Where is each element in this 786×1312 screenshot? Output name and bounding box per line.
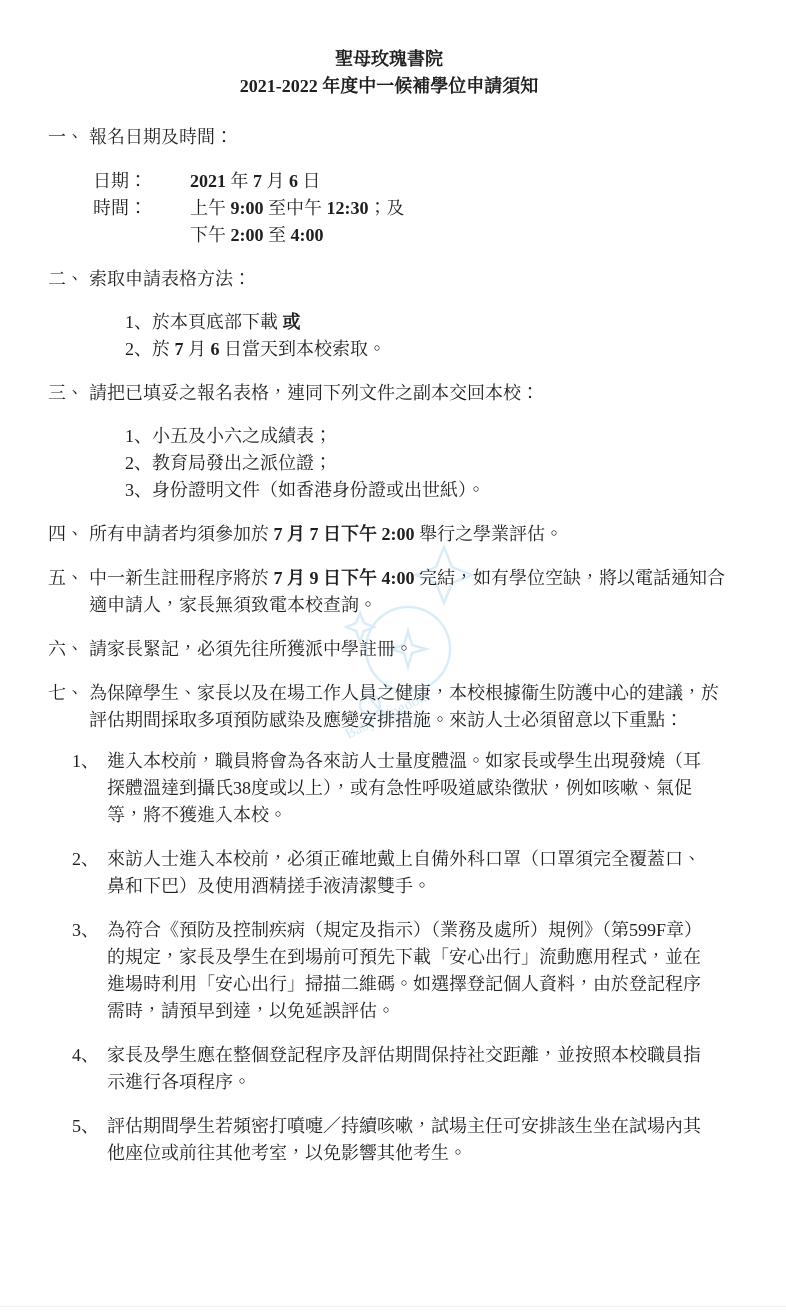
school-name: 聖母玫瑰書院 [48, 46, 730, 73]
form-collection-list: 1、 於本頁底部下載 或 2、 於 7 月 6 日當天到本校索取。 [125, 309, 730, 363]
notice-title: 2021-2022 年度中一候補學位申請須知 [48, 73, 730, 100]
list-item: 1、 進入本校前，職員將會為各來訪人士量度體溫。如家長或學生出現發燒（耳探體溫達… [72, 748, 730, 829]
item-text: 身份證明文件（如香港身份證或出世紙）。 [152, 480, 485, 500]
item-text: 於本頁底部下載 或 [152, 312, 301, 332]
precaution-list: 1、 進入本校前，職員將會為各來訪人士量度體溫。如家長或學生出現發燒（耳探體溫達… [72, 748, 730, 1167]
item-text: 來訪人士進入本校前，必須正確地戴上自備外科口罩（口罩須完全覆蓋口、鼻和下巴）及使… [107, 849, 701, 896]
notice-document: Baby Kingdom 聖母玫瑰書院 2021-2022 年度中一候補學位申請… [0, 0, 786, 1312]
item-number: 3、 [125, 477, 152, 504]
section-heading: 請把已填妥之報名表格，連同下列文件之副本交回本校： [89, 380, 730, 407]
list-item: 1、 小五及小六之成績表； [125, 423, 730, 450]
item-text: 教育局發出之派位證； [152, 453, 332, 473]
item-number: 1、 [125, 309, 152, 336]
section-number: 七、 [48, 680, 84, 707]
section-health-measures: 七、 為保障學生、家長以及在場工作人員之健康，本校根據衞生防護中心的建議，於評估… [48, 680, 730, 1167]
documents-list: 1、 小五及小六之成績表； 2、 教育局發出之派位證； 3、 身份證明文件（如香… [125, 423, 730, 504]
date-label: 日期： [93, 168, 190, 195]
schedule-row: 日期： 2021 年 7 月 6 日 [93, 168, 730, 195]
item-text: 家長及學生應在整個登記程序及評估期間保持社交距離，並按照本校職員指示進行各項程序… [107, 1045, 701, 1092]
list-item: 3、 身份證明文件（如香港身份證或出世紙）。 [125, 477, 730, 504]
section-registration-deadline: 五、 中一新生註冊程序將於 7 月 9 日下午 4:00 完結，如有學位空缺，將… [48, 565, 730, 619]
item-text: 於 7 月 6 日當天到本校索取。 [152, 339, 386, 359]
section-text: 所有申請者均須參加於 7 月 7 日下午 2:00 舉行之學業評估。 [89, 521, 730, 548]
schedule-row: 下午 2:00 至 4:00 [93, 222, 730, 249]
section-assessment: 四、 所有申請者均須參加於 7 月 7 日下午 2:00 舉行之學業評估。 [48, 521, 730, 548]
item-number: 1、 [72, 748, 99, 775]
section-number: 三、 [48, 380, 84, 407]
section-text: 請家長緊記，必須先往所獲派中學註冊。 [89, 636, 730, 663]
section-form-collection: 二、 索取申請表格方法： 1、 於本頁底部下載 或 2、 於 7 月 6 日當天… [48, 266, 730, 363]
section-number: 六、 [48, 636, 84, 663]
section-heading: 報名日期及時間： [89, 124, 730, 151]
section-number: 四、 [48, 521, 84, 548]
item-number: 4、 [72, 1042, 99, 1069]
item-text: 評估期間學生若頻密打噴嚏／持續咳嗽，試場主任可安排該生坐在試場內其他座位或前往其… [107, 1116, 701, 1163]
list-item: 2、 來訪人士進入本校前，必須正確地戴上自備外科口罩（口罩須完全覆蓋口、鼻和下巴… [72, 846, 730, 900]
section-required-documents: 三、 請把已填妥之報名表格，連同下列文件之副本交回本校： 1、 小五及小六之成績… [48, 380, 730, 504]
list-item: 3、 為符合《預防及控制疾病（規定及指示）（業務及處所）規例》（第599F章）的… [72, 917, 730, 1025]
time-label: 時間： [93, 195, 190, 222]
section-number: 五、 [48, 565, 84, 592]
section-number: 一、 [48, 124, 84, 151]
schedule-row: 時間： 上午 9:00 至中午 12:30；及 [93, 195, 730, 222]
item-number: 2、 [125, 336, 152, 363]
time-value: 上午 9:00 至中午 12:30；及 [190, 195, 405, 222]
section-text: 為保障學生、家長以及在場工作人員之健康，本校根據衞生防護中心的建議，於評估期間採… [89, 680, 730, 734]
page-bottom-edge [0, 1306, 786, 1307]
item-text: 小五及小六之成績表； [152, 426, 332, 446]
date-value: 2021 年 7 月 6 日 [190, 168, 321, 195]
list-item: 1、 於本頁底部下載 或 [125, 309, 730, 336]
section-heading: 索取申請表格方法： [89, 266, 730, 293]
section-text: 中一新生註冊程序將於 7 月 9 日下午 4:00 完結，如有學位空缺，將以電話… [89, 565, 730, 619]
schedule: 日期： 2021 年 7 月 6 日 時間： 上午 9:00 至中午 12:30… [93, 168, 730, 249]
item-number: 2、 [125, 450, 152, 477]
list-item: 2、 教育局發出之派位證； [125, 450, 730, 477]
item-number: 5、 [72, 1113, 99, 1140]
section-reminder: 六、 請家長緊記，必須先往所獲派中學註冊。 [48, 636, 730, 663]
item-text: 進入本校前，職員將會為各來訪人士量度體溫。如家長或學生出現發燒（耳探體溫達到攝氏… [107, 751, 701, 825]
list-item: 2、 於 7 月 6 日當天到本校索取。 [125, 336, 730, 363]
item-number: 1、 [125, 423, 152, 450]
document-content: 聖母玫瑰書院 2021-2022 年度中一候補學位申請須知 一、 報名日期及時間… [0, 0, 786, 1167]
section-number: 二、 [48, 266, 84, 293]
item-number: 2、 [72, 846, 99, 873]
item-number: 3、 [72, 917, 99, 944]
time-label-blank [93, 222, 190, 249]
section-registration-date-time: 一、 報名日期及時間： 日期： 2021 年 7 月 6 日 時間： 上午 9:… [48, 124, 730, 249]
list-item: 5、 評估期間學生若頻密打噴嚏／持續咳嗽，試場主任可安排該生坐在試場內其他座位或… [72, 1113, 730, 1167]
item-text: 為符合《預防及控制疾病（規定及指示）（業務及處所）規例》（第599F章）的規定，… [107, 920, 702, 1021]
time-value-afternoon: 下午 2:00 至 4:00 [190, 222, 324, 249]
list-item: 4、 家長及學生應在整個登記程序及評估期間保持社交距離，並按照本校職員指示進行各… [72, 1042, 730, 1096]
